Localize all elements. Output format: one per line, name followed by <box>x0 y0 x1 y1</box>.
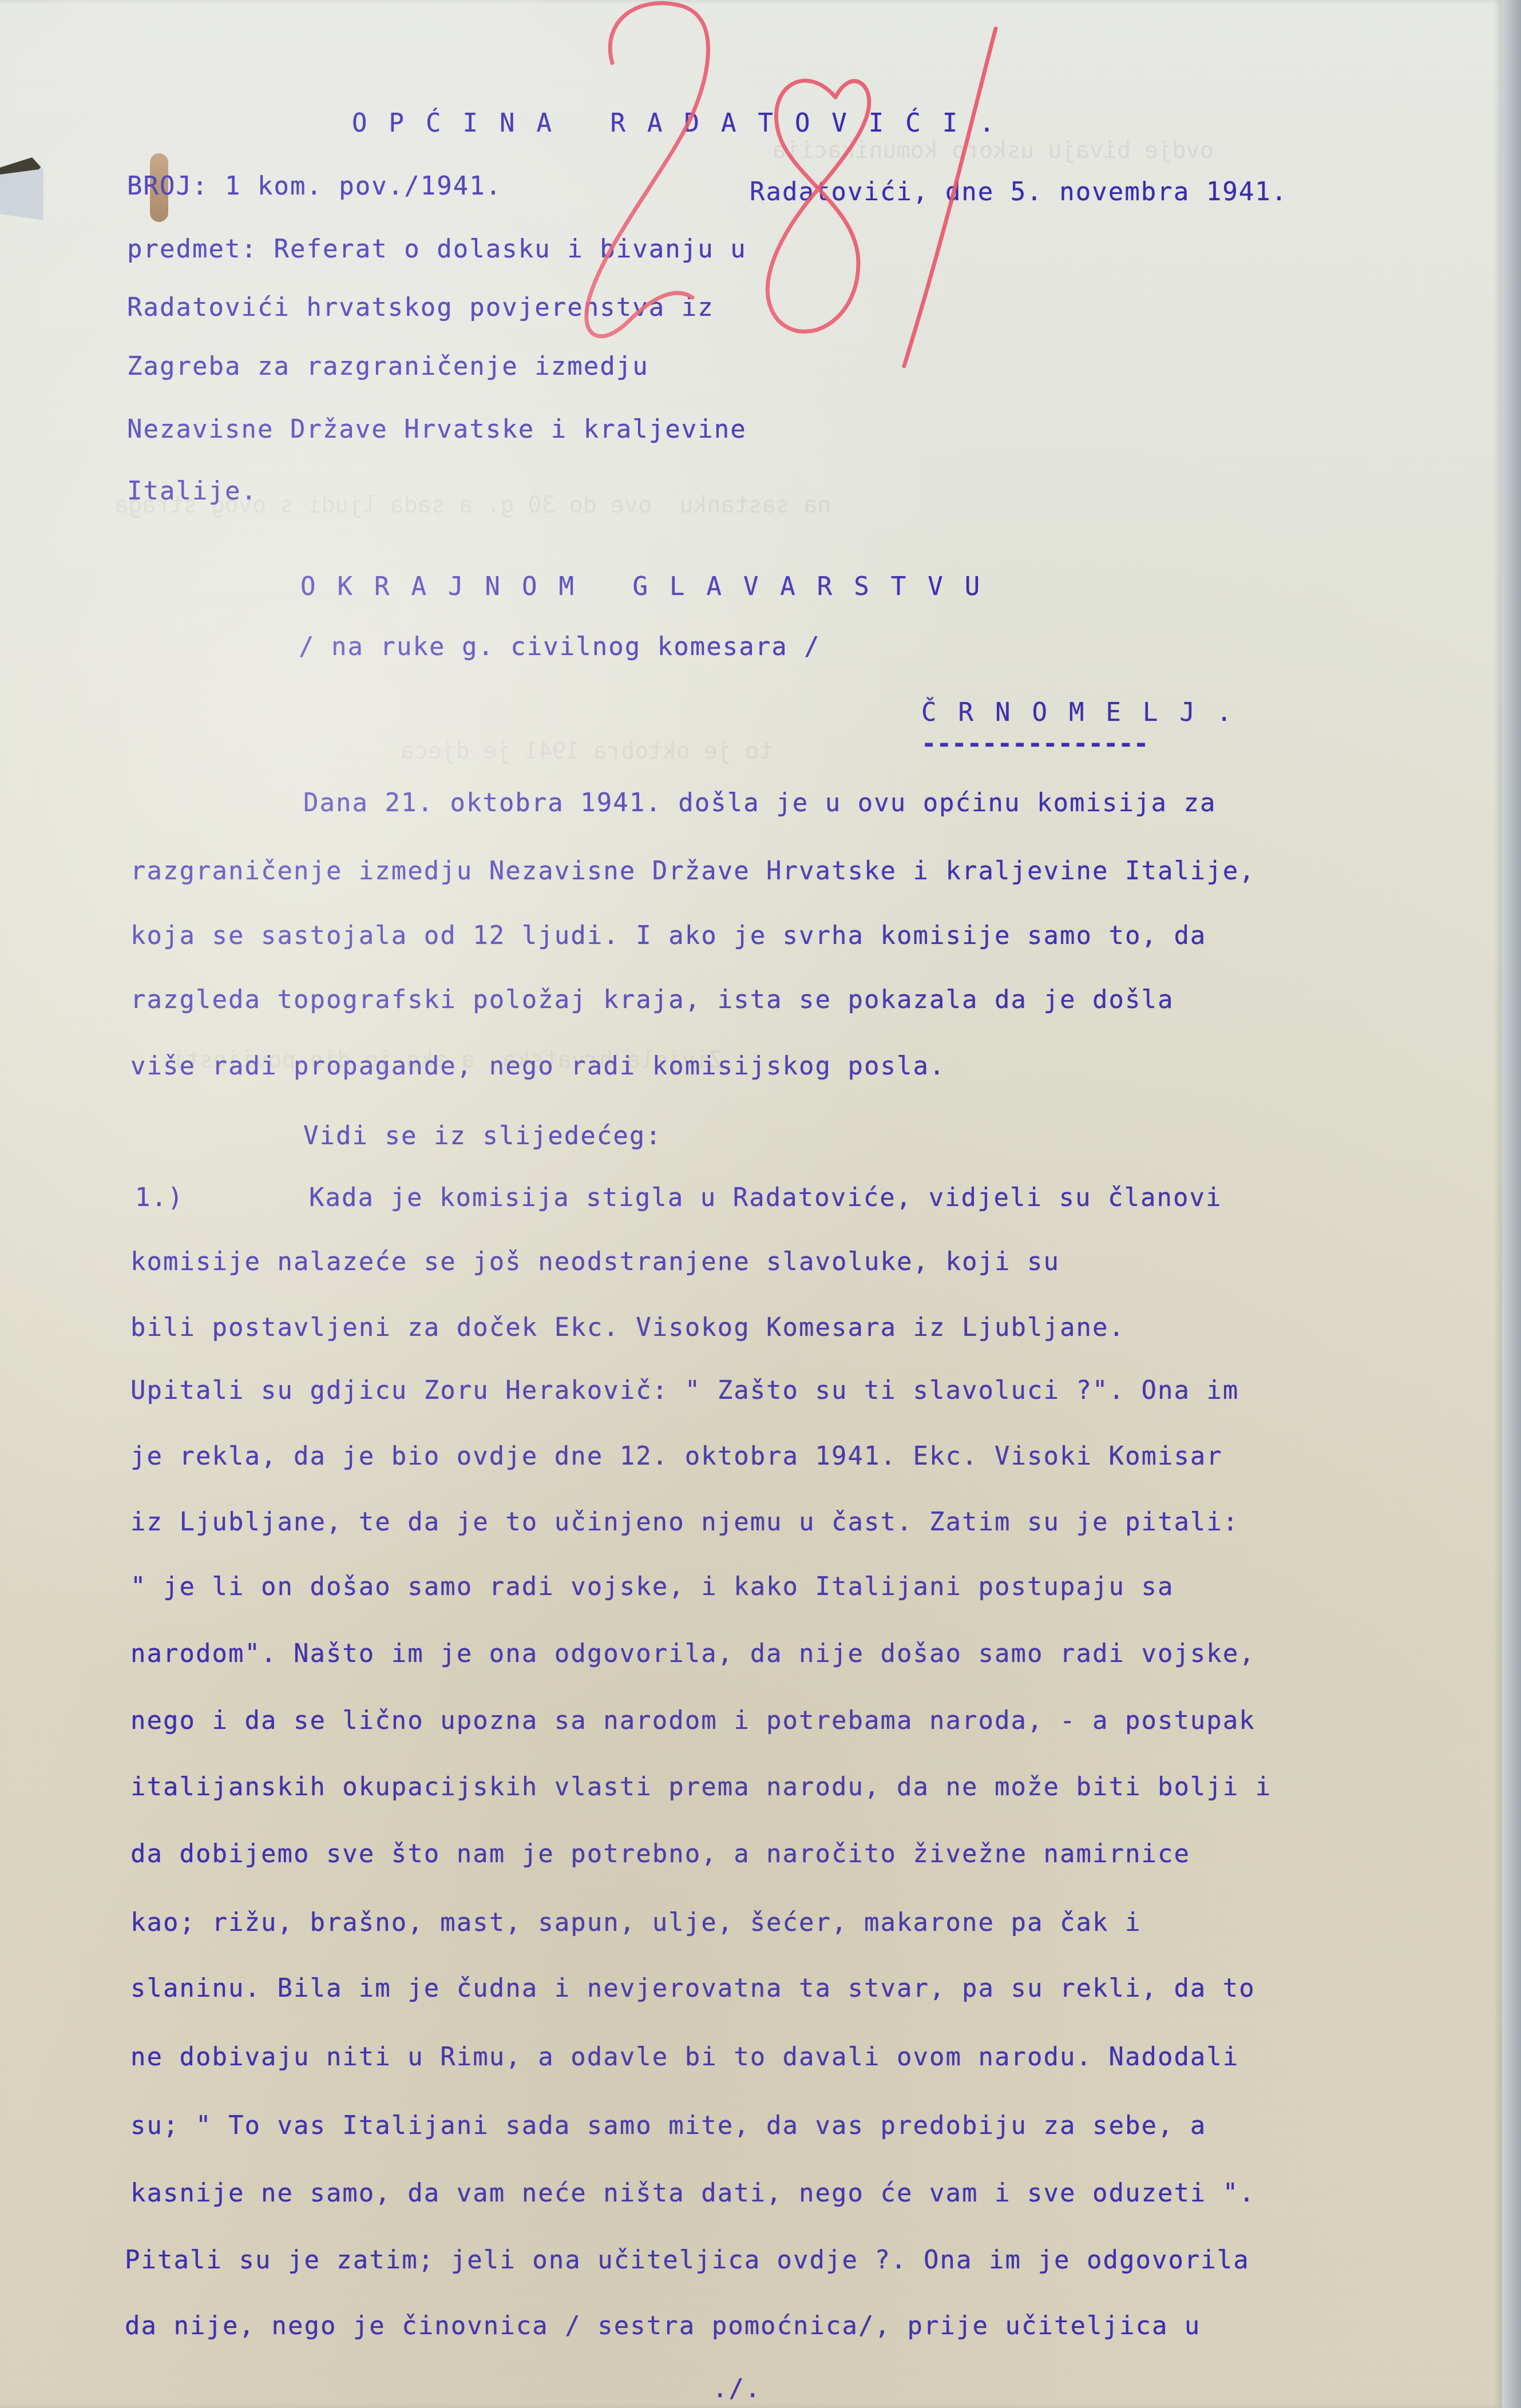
continuation-mark: ./. <box>712 2374 761 2403</box>
torn-punch-hole <box>0 157 46 220</box>
bleed-through-text: to je oktobra 1941 je djeca <box>401 738 773 764</box>
body-line: narodom". Našto im je ona odgovorila, da… <box>130 1639 1255 1668</box>
body-line: " je li on došao samo radi vojske, i kak… <box>130 1572 1174 1601</box>
body-line: komisije nalazeće se još neodstranjene s… <box>130 1247 1060 1276</box>
body-line: da dobijemo sve što nam je potrebno, a n… <box>130 1839 1190 1869</box>
body-intro: Vidi se iz slijedećeg: <box>303 1121 662 1151</box>
addressee-attention: / na ruke g. civilnog komesara / <box>299 632 821 661</box>
subject-line: Nezavisne Države Hrvatske i kraljevine <box>127 415 747 444</box>
body-line: italijanskih okupacijskih vlasti prema n… <box>130 1772 1272 1802</box>
body-line: Kada je komisija stigla u Radatoviće, vi… <box>309 1183 1222 1212</box>
body-line: da nije, nego je činovnica / sestra pomo… <box>125 2311 1201 2340</box>
reference-number: BROJ: 1 kom. pov./1941. <box>127 172 502 201</box>
body-line: bili postavljeni za doček Ekc. Visokog K… <box>130 1313 1125 1342</box>
body-line: iz Ljubljane, te da je to učinjeno njemu… <box>130 1508 1239 1537</box>
body-line: Upitali su gdjicu Zoru Herakovič: " Zašt… <box>130 1376 1239 1405</box>
body-line: razgraničenje izmedju Nezavisne Države H… <box>130 856 1255 886</box>
body-line: nego i da se lično upozna sa narodom i p… <box>130 1706 1255 1735</box>
body-line: je rekla, da je bio ovdje dne 12. oktobr… <box>130 1442 1223 1471</box>
addressee-city-underline: --------------- <box>921 729 1148 759</box>
addressee-city: ČRNOMELJ. <box>921 698 1253 727</box>
body-line: Dana 21. oktobra 1941. došla je u ovu op… <box>303 788 1216 818</box>
body-line: kasnije ne samo, da vam neće ništa dati,… <box>130 2179 1255 2208</box>
body-line: više radi propagande, nego radi komisijs… <box>130 1052 946 1081</box>
body-line: razgleda topografski položaj kraja, ista… <box>130 985 1174 1014</box>
subject-line: Italije. <box>127 477 258 506</box>
body-line: Pitali su je zatim; jeli ona učiteljica … <box>125 2246 1250 2275</box>
item-number: 1.) <box>135 1183 184 1212</box>
body-line: slaninu. Bila im je čudna i nevjerovatna… <box>130 1974 1255 2003</box>
body-line: ne dobivaju niti u Rimu, a odavle bi to … <box>130 2042 1239 2072</box>
handwritten-archive-number-281 <box>538 0 1076 400</box>
body-line: su; " To vas Italijani sada samo mite, d… <box>130 2111 1206 2140</box>
red-pencil-annotation-icon <box>538 0 1076 400</box>
paper-edge-shadow <box>1502 0 1521 2408</box>
document-page: ovdje bivaju uskoro komunikacija na sast… <box>0 0 1502 2408</box>
body-line: kao; rižu, brašno, mast, sapun, ulje, še… <box>130 1908 1141 1937</box>
addressee-office: OKRAJNOM GLAVARSTVU <box>300 572 1001 601</box>
body-line: koja se sastojala od 12 ljudi. I ako je … <box>130 921 1206 950</box>
